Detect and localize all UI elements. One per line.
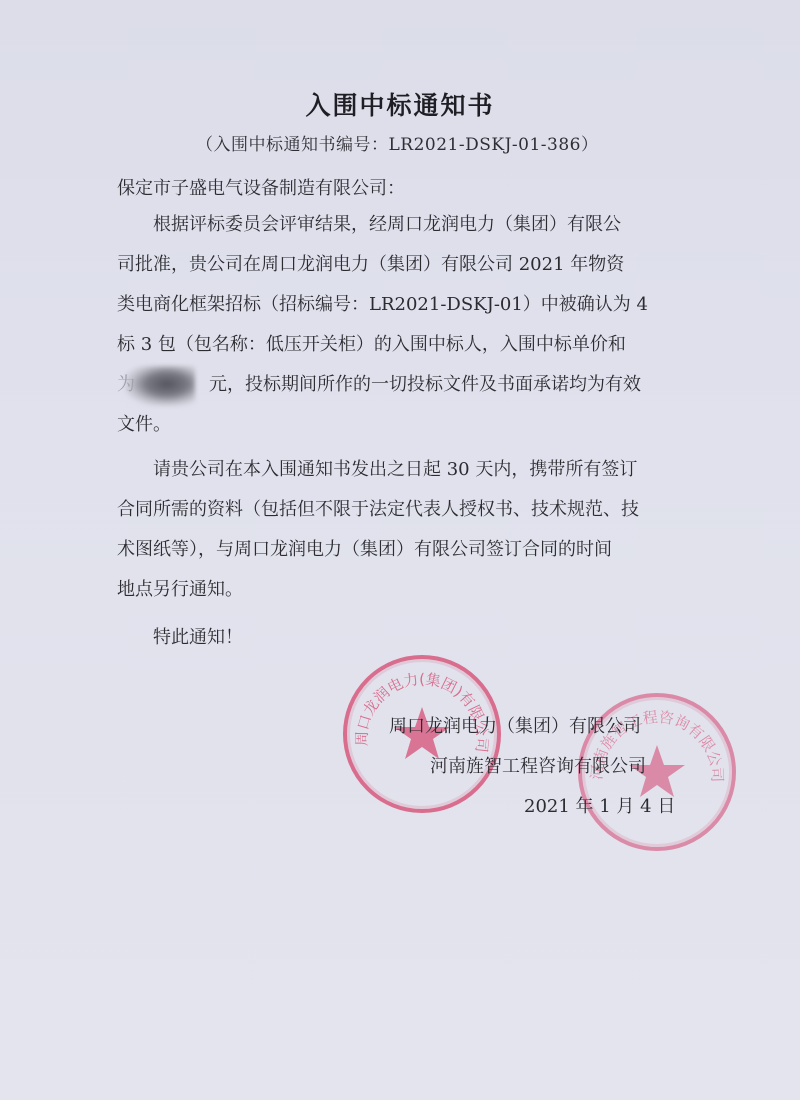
paragraph-line: 类电商化框架招标（招标编号：LR2021-DSKJ-01）中被确认为 4 xyxy=(117,285,605,325)
closing-text: 特此通知！ xyxy=(117,618,605,658)
signatory-jingzhi: 河南旌智工程咨询有限公司 xyxy=(430,752,646,778)
redaction-blur xyxy=(133,368,209,402)
paragraph-line: 请贵公司在本入围通知书发出之日起 30 天内，携带所有签订 xyxy=(117,450,605,490)
addressee: 保定市子盛电气设备制造有限公司： xyxy=(117,174,405,200)
paragraph-line: 术图纸等），与周口龙润电力（集团）有限公司签订合同的时间 xyxy=(117,530,605,570)
paragraph-line-text: 元，投标期间所作的一切投标文件及书面承诺均为有效 xyxy=(209,374,641,395)
paragraph-line: 合同所需的资料（包括但不限于法定代表人授权书、技术规范、技 xyxy=(117,490,605,530)
signatory-zhoukou: 周口龙润电力（集团）有限公司 xyxy=(389,712,641,738)
paragraph-line-redacted: 为元，投标期间所作的一切投标文件及书面承诺均为有效 xyxy=(117,365,605,405)
paragraph-line: 司批准，贵公司在周口龙润电力（集团）有限公司 2021 年物资 xyxy=(117,245,605,285)
document-title: 入围中标通知书 xyxy=(0,86,800,122)
paragraph-award: 根据评标委员会评审结果，经周口龙润电力（集团）有限公 司批准，贵公司在周口龙润电… xyxy=(117,205,605,445)
paragraph-line: 标 3 包（包名称：低压开关柜）的入围中标人，入围中标单价和 xyxy=(117,325,605,365)
closing: 特此通知！ xyxy=(117,618,605,658)
document-page: 入围中标通知书 （入围中标通知书编号：LR2021-DSKJ-01-386） 保… xyxy=(0,0,800,1100)
paragraph-line: 根据评标委员会评审结果，经周口龙润电力（集团）有限公 xyxy=(117,205,605,245)
paragraph-line: 地点另行通知。 xyxy=(117,570,605,610)
paragraph-contract: 请贵公司在本入围通知书发出之日起 30 天内，携带所有签订 合同所需的资料（包括… xyxy=(117,450,605,610)
notice-number: （入围中标通知书编号：LR2021-DSKJ-01-386） xyxy=(196,130,598,155)
issue-date: 2021 年 1 月 4 日 xyxy=(524,792,675,818)
paragraph-line: 文件。 xyxy=(117,405,605,445)
